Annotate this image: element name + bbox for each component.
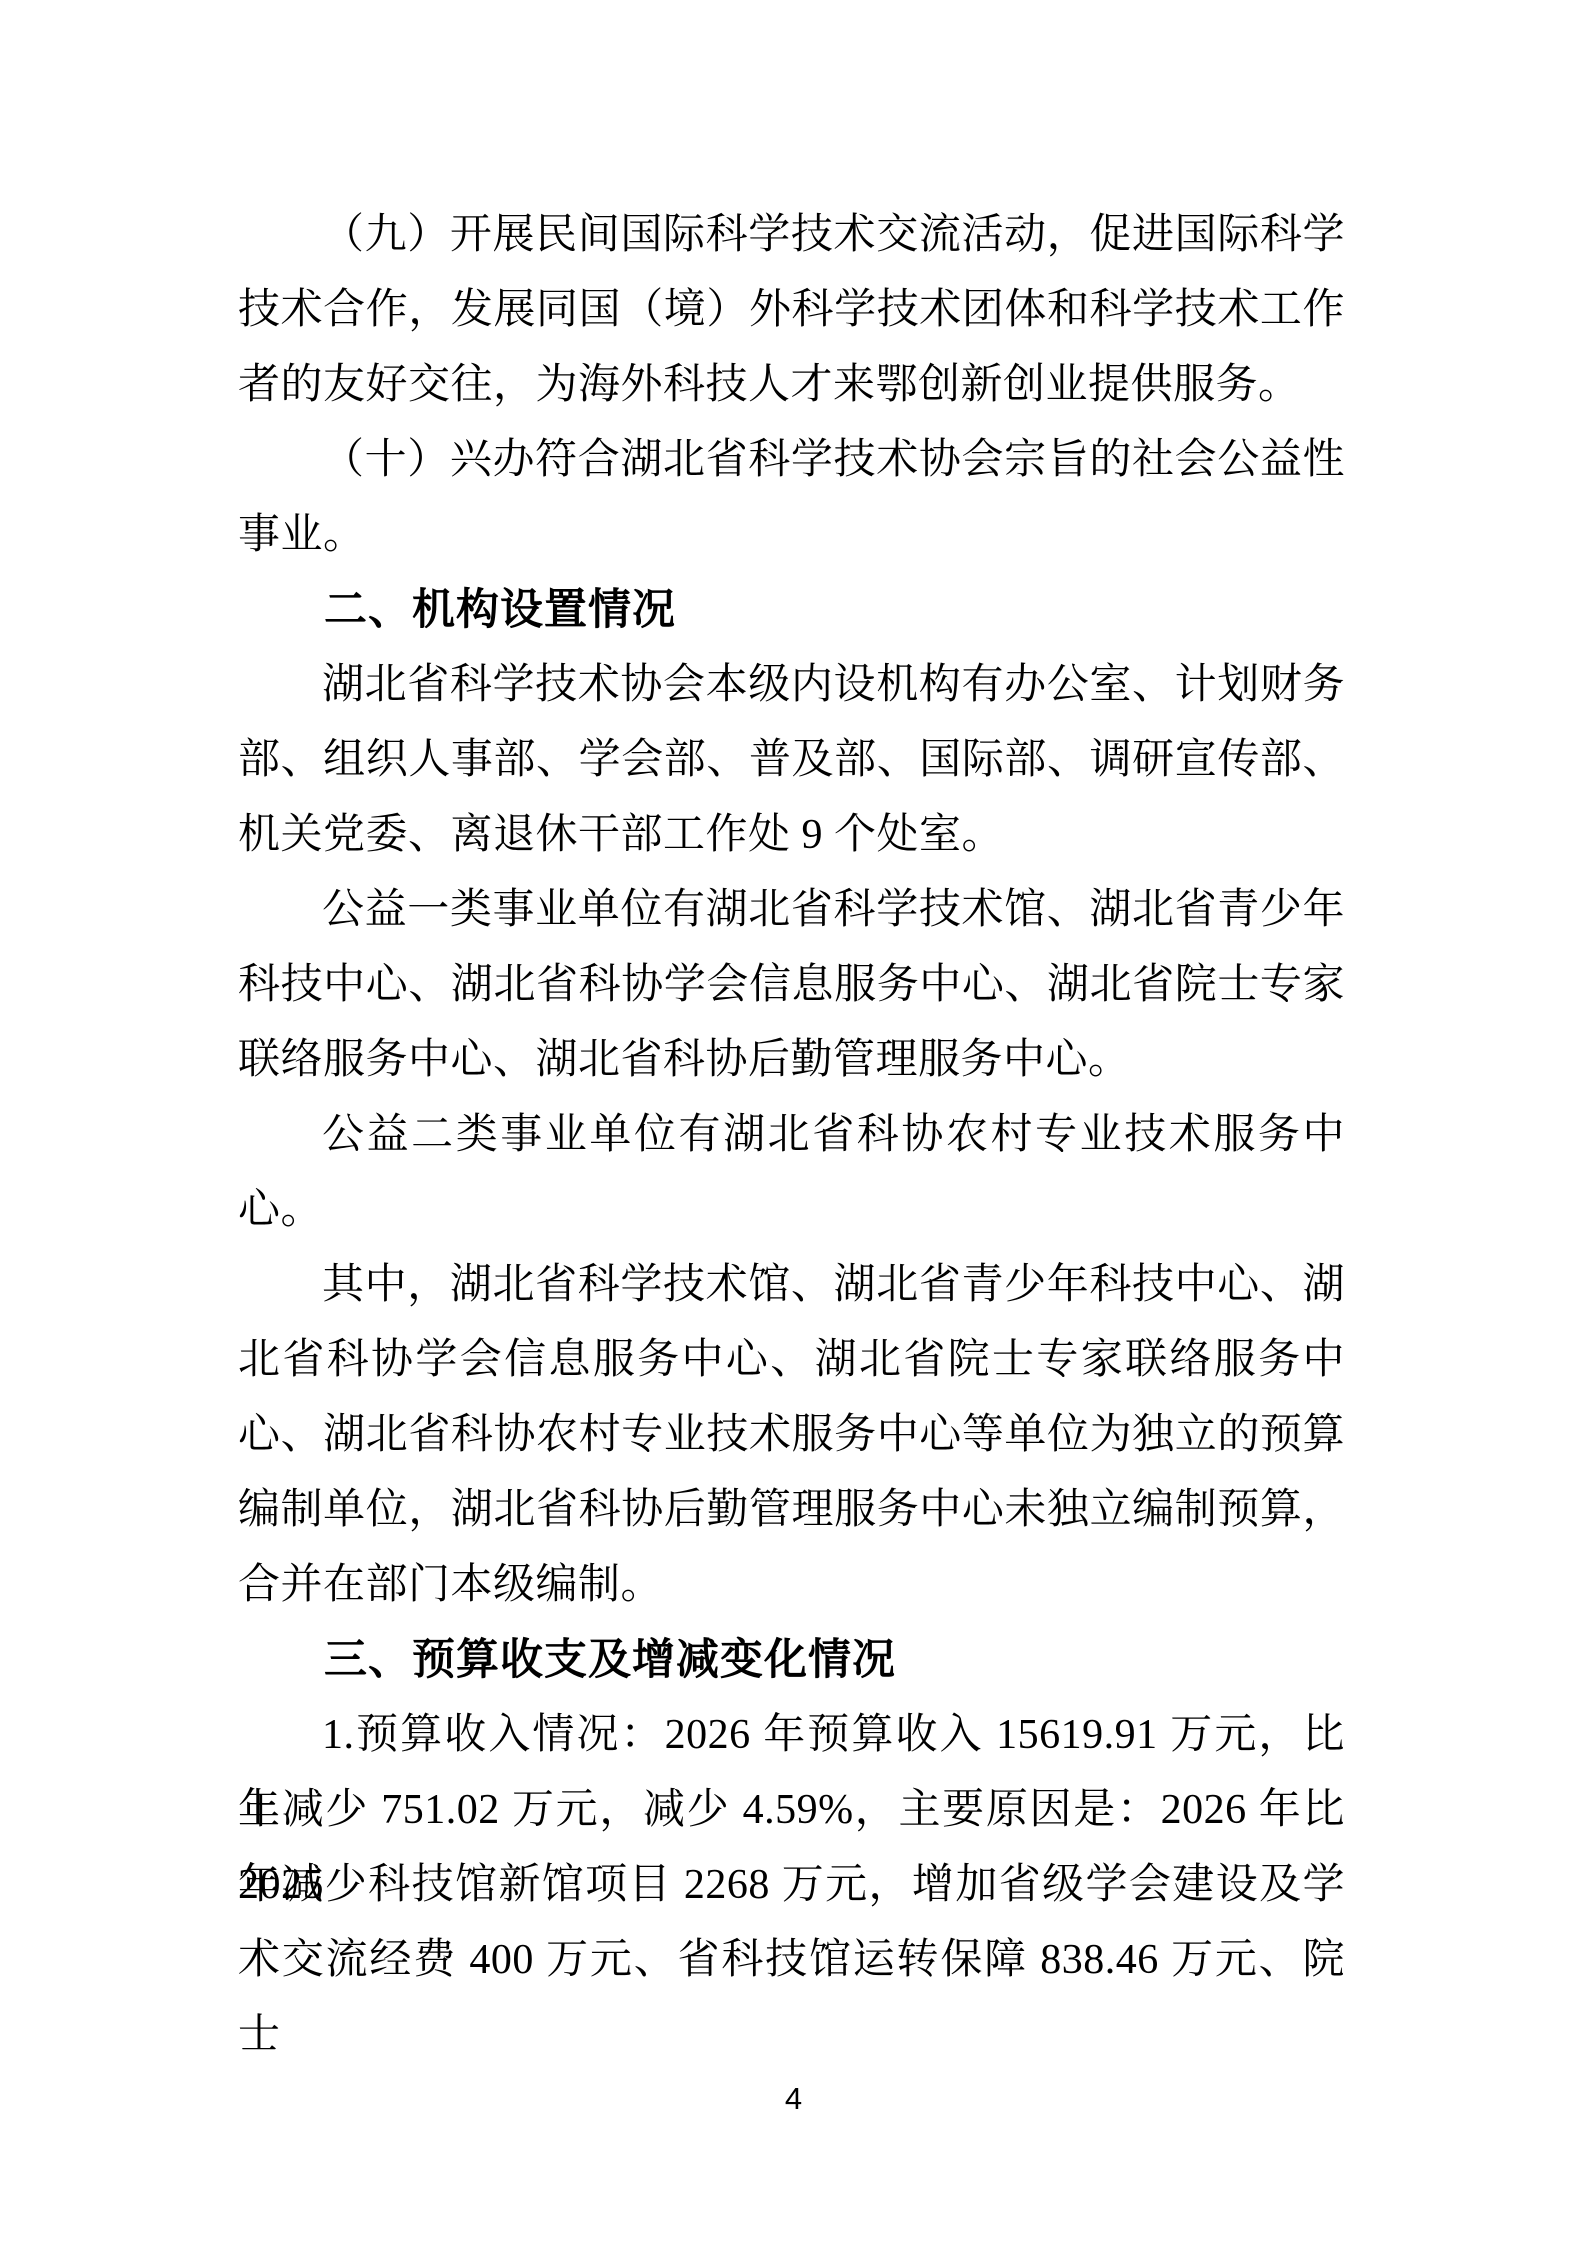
document-body: （九）开展民间国际科学技术交流活动，促进国际科学技术合作，发展同国（境）外科学技… [238, 198, 1345, 1998]
text-line: 合并在部门本级编制。 [238, 1548, 1345, 1623]
text-line: 事业。 [238, 498, 1345, 573]
text-line: 公益一类事业单位有湖北省科学技术馆、湖北省青少年 [238, 873, 1345, 948]
text-line: （十）兴办符合湖北省科学技术协会宗旨的社会公益性 [238, 423, 1345, 498]
text-line: 心、湖北省科协农村专业技术服务中心等单位为独立的预算 [238, 1398, 1345, 1473]
text-line: 公益二类事业单位有湖北省科协农村专业技术服务中 [238, 1098, 1345, 1173]
text-line: 年减少科技馆新馆项目 2268 万元，增加省级学会建设及学 [238, 1848, 1345, 1923]
text-line: 联络服务中心、湖北省科协后勤管理服务中心。 [238, 1023, 1345, 1098]
text-line: 心。 [238, 1173, 1345, 1248]
text-line: 其中，湖北省科学技术馆、湖北省青少年科技中心、湖 [238, 1248, 1345, 1323]
text-line: 编制单位，湖北省科协后勤管理服务中心未独立编制预算， [238, 1473, 1345, 1548]
text-line: 年减少 751.02 万元，减少 4.59%，主要原因是：2026 年比 202… [238, 1773, 1345, 1848]
section-heading: 二、机构设置情况 [238, 573, 1345, 648]
text-line: 科技中心、湖北省科协学会信息服务中心、湖北省院士专家 [238, 948, 1345, 1023]
text-line: 者的友好交往，为海外科技人才来鄂创新创业提供服务。 [238, 348, 1345, 423]
text-line: 1.预算收入情况：2026 年预算收入 15619.91 万元，比上 [238, 1698, 1345, 1773]
text-line: （九）开展民间国际科学技术交流活动，促进国际科学 [238, 198, 1345, 273]
text-line: 湖北省科学技术协会本级内设机构有办公室、计划财务 [238, 648, 1345, 723]
text-line: 部、组织人事部、学会部、普及部、国际部、调研宣传部、 [238, 723, 1345, 798]
text-line: 术交流经费 400 万元、省科技馆运转保障 838.46 万元、院士 [238, 1923, 1345, 1998]
document-page: （九）开展民间国际科学技术交流活动，促进国际科学技术合作，发展同国（境）外科学技… [0, 0, 1587, 2245]
text-line: 机关党委、离退休干部工作处 9 个处室。 [238, 798, 1345, 873]
section-heading: 三、预算收支及增减变化情况 [238, 1623, 1345, 1698]
text-line: 技术合作，发展同国（境）外科学技术团体和科学技术工作 [238, 273, 1345, 348]
text-line: 北省科协学会信息服务中心、湖北省院士专家联络服务中 [238, 1323, 1345, 1398]
page-number: 4 [0, 2074, 1587, 2124]
